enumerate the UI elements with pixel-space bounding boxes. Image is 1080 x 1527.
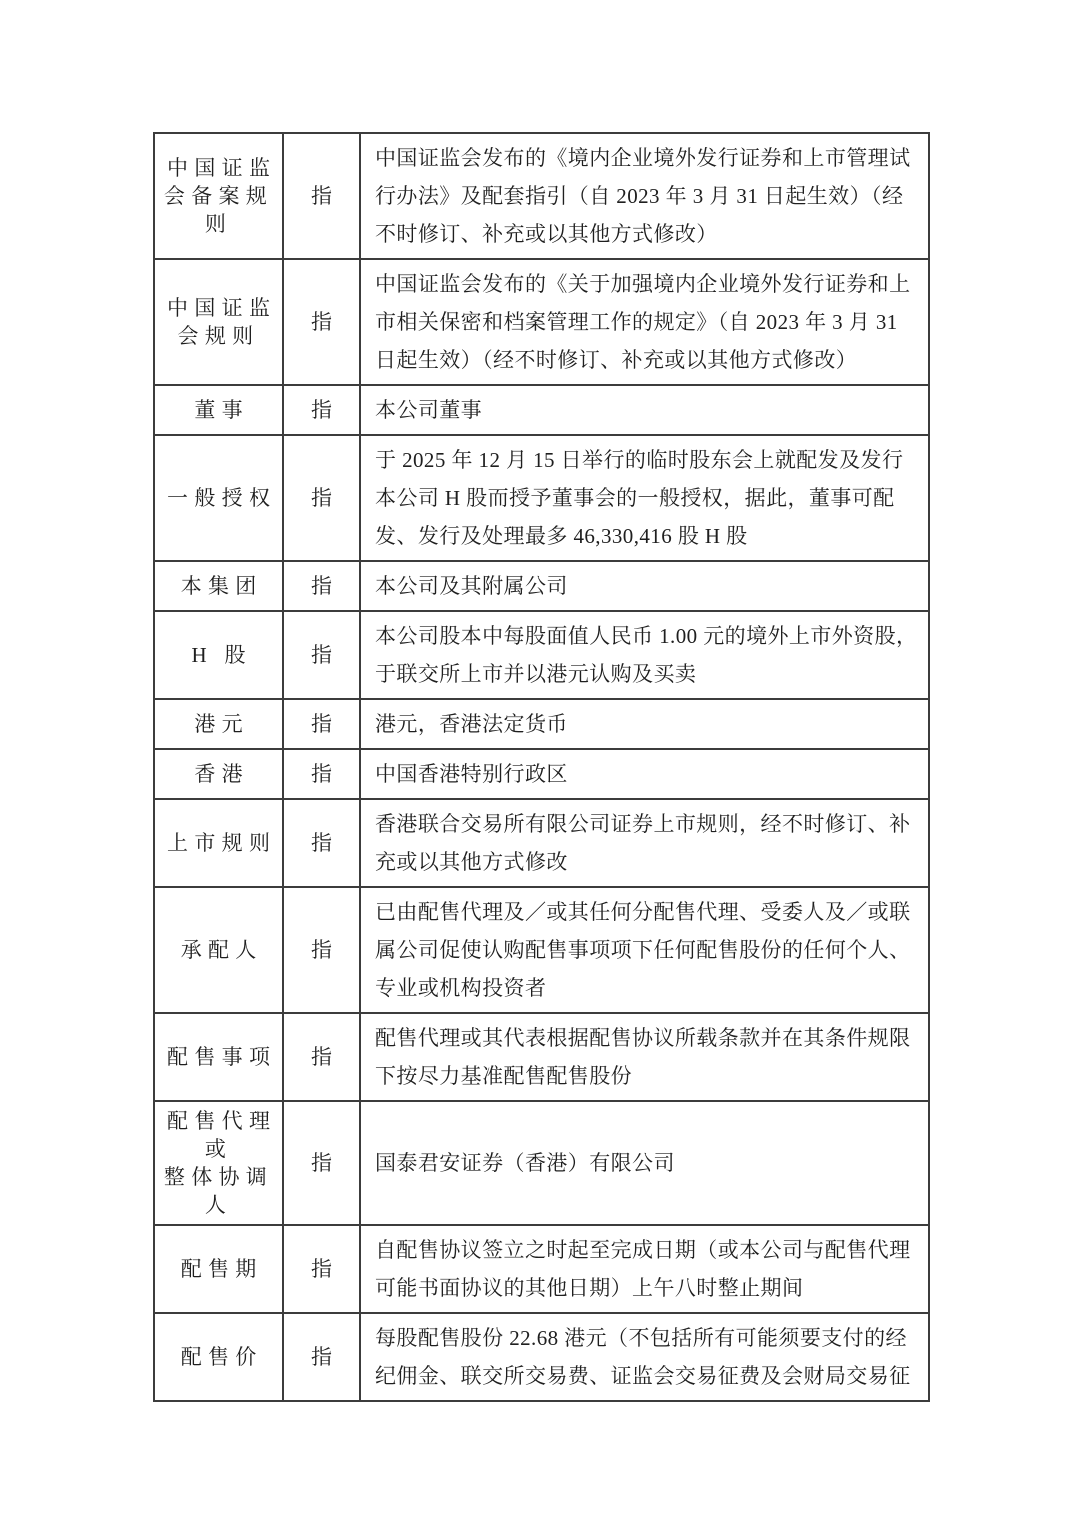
indicator-cell: 指	[284, 800, 361, 886]
indicator-label: 指	[311, 1043, 332, 1071]
table-row: 配售事项 指 配售代理或其代表根据配售协议所载条款并在其条件规限下按尽力基准配售…	[155, 1012, 928, 1100]
indicator-cell: 指	[284, 1314, 361, 1400]
term-label: 配售事项	[161, 1043, 277, 1071]
table-row: 配售代理 或 整体协调 人 指 国泰君安证券（香港）有限公司	[155, 1100, 928, 1224]
document-page: 中国证监 会备案规 则 指 中国证监会发布的《境内企业境外发行证券和上市管理试行…	[0, 0, 1080, 1527]
table-row: 中国证监 会规则 指 中国证监会发布的《关于加强境内企业境外发行证券和上市相关保…	[155, 258, 928, 384]
indicator-label: 指	[311, 396, 332, 424]
table-row: 配售期 指 自配售协议签立之时起至完成日期（或本公司与配售代理可能书面协议的其他…	[155, 1224, 928, 1312]
indicator-label: 指	[311, 182, 332, 210]
definition-cell: 本公司董事	[361, 386, 928, 434]
term-label: 中国证监 会规则	[161, 294, 277, 350]
indicator-label: 指	[311, 710, 332, 738]
indicator-label: 指	[311, 1343, 332, 1371]
definition-text: 于 2025 年 12 月 15 日举行的临时股东会上就配发及发行本公司 H 股…	[375, 441, 918, 555]
definition-cell: 自配售协议签立之时起至完成日期（或本公司与配售代理可能书面协议的其他日期）上午八…	[361, 1226, 928, 1312]
indicator-cell: 指	[284, 562, 361, 610]
term-label: H 股	[185, 641, 252, 669]
indicator-label: 指	[311, 1149, 332, 1177]
term-label: 上市规则	[161, 829, 277, 857]
definition-cell: 每股配售股份 22.68 港元（不包括所有可能须要支付的经纪佣金、联交所交易费、…	[361, 1314, 928, 1400]
table-row: 董事 指 本公司董事	[155, 384, 928, 434]
term-label: 港元	[188, 710, 249, 738]
term-cell: 配售价	[155, 1314, 284, 1400]
indicator-cell: 指	[284, 436, 361, 560]
table-row: 中国证监 会备案规 则 指 中国证监会发布的《境内企业境外发行证券和上市管理试行…	[155, 134, 928, 258]
definition-text: 港元，香港法定货币	[375, 705, 568, 743]
term-cell: 一般授权	[155, 436, 284, 560]
term-cell: 香港	[155, 750, 284, 798]
indicator-cell: 指	[284, 1226, 361, 1312]
term-cell: 中国证监 会规则	[155, 260, 284, 384]
indicator-label: 指	[311, 572, 332, 600]
table-row: H 股 指 本公司股本中每股面值人民币 1.00 元的境外上市外资股，于联交所上…	[155, 610, 928, 698]
indicator-label: 指	[311, 641, 332, 669]
term-label: 中国证监 会备案规 则	[161, 154, 277, 238]
indicator-cell: 指	[284, 612, 361, 698]
definition-text: 中国香港特别行政区	[375, 755, 568, 793]
term-cell: 配售期	[155, 1226, 284, 1312]
definition-cell: 配售代理或其代表根据配售协议所载条款并在其条件规限下按尽力基准配售配售股份	[361, 1014, 928, 1100]
indicator-label: 指	[311, 484, 332, 512]
term-cell: 港元	[155, 700, 284, 748]
term-label: 配售价	[174, 1343, 262, 1371]
table-row: 上市规则 指 香港联合交易所有限公司证券上市规则，经不时修订、补充或以其他方式修…	[155, 798, 928, 886]
term-label: 配售期	[174, 1255, 262, 1283]
indicator-label: 指	[311, 829, 332, 857]
definition-text: 香港联合交易所有限公司证券上市规则，经不时修订、补充或以其他方式修改	[375, 805, 918, 881]
indicator-cell: 指	[284, 1102, 361, 1224]
term-cell: 上市规则	[155, 800, 284, 886]
indicator-cell: 指	[284, 888, 361, 1012]
term-label: 承配人	[174, 936, 262, 964]
definition-cell: 中国证监会发布的《境内企业境外发行证券和上市管理试行办法》及配套指引（自 202…	[361, 134, 928, 258]
term-cell: H 股	[155, 612, 284, 698]
definition-cell: 中国香港特别行政区	[361, 750, 928, 798]
definition-cell: 国泰君安证券（香港）有限公司	[361, 1102, 928, 1224]
definition-text: 自配售协议签立之时起至完成日期（或本公司与配售代理可能书面协议的其他日期）上午八…	[375, 1231, 918, 1307]
definition-cell: 本公司及其附属公司	[361, 562, 928, 610]
definition-cell: 港元，香港法定货币	[361, 700, 928, 748]
table-row: 承配人 指 已由配售代理及／或其任何分配售代理、受委人及／或联属公司促使认购配售…	[155, 886, 928, 1012]
term-label: 配售代理 或 整体协调 人	[161, 1107, 277, 1219]
definition-cell: 本公司股本中每股面值人民币 1.00 元的境外上市外资股，于联交所上市并以港元认…	[361, 612, 928, 698]
indicator-label: 指	[311, 308, 332, 336]
indicator-cell: 指	[284, 1014, 361, 1100]
indicator-cell: 指	[284, 700, 361, 748]
table-row: 配售价 指 每股配售股份 22.68 港元（不包括所有可能须要支付的经纪佣金、联…	[155, 1312, 928, 1400]
definition-text: 每股配售股份 22.68 港元（不包括所有可能须要支付的经纪佣金、联交所交易费、…	[375, 1319, 918, 1395]
term-cell: 承配人	[155, 888, 284, 1012]
definitions-table: 中国证监 会备案规 则 指 中国证监会发布的《境内企业境外发行证券和上市管理试行…	[153, 132, 930, 1402]
term-label: 一般授权	[161, 484, 277, 512]
definition-text: 本公司董事	[375, 391, 482, 429]
term-cell: 本集团	[155, 562, 284, 610]
indicator-label: 指	[311, 936, 332, 964]
table-row: 香港 指 中国香港特别行政区	[155, 748, 928, 798]
definition-cell: 于 2025 年 12 月 15 日举行的临时股东会上就配发及发行本公司 H 股…	[361, 436, 928, 560]
term-label: 董事	[188, 396, 249, 424]
definition-cell: 中国证监会发布的《关于加强境内企业境外发行证券和上市相关保密和档案管理工作的规定…	[361, 260, 928, 384]
definition-text: 中国证监会发布的《关于加强境内企业境外发行证券和上市相关保密和档案管理工作的规定…	[375, 265, 918, 379]
term-cell: 配售事项	[155, 1014, 284, 1100]
definition-cell: 已由配售代理及／或其任何分配售代理、受委人及／或联属公司促使认购配售事项项下任何…	[361, 888, 928, 1012]
term-cell: 配售代理 或 整体协调 人	[155, 1102, 284, 1224]
table-row: 一般授权 指 于 2025 年 12 月 15 日举行的临时股东会上就配发及发行…	[155, 434, 928, 560]
table-row: 港元 指 港元，香港法定货币	[155, 698, 928, 748]
indicator-cell: 指	[284, 386, 361, 434]
definition-text: 配售代理或其代表根据配售协议所载条款并在其条件规限下按尽力基准配售配售股份	[375, 1019, 918, 1095]
definition-text: 本公司及其附属公司	[375, 567, 568, 605]
definition-text: 国泰君安证券（香港）有限公司	[375, 1144, 675, 1182]
term-label: 香港	[188, 760, 249, 788]
definition-cell: 香港联合交易所有限公司证券上市规则，经不时修订、补充或以其他方式修改	[361, 800, 928, 886]
term-label: 本集团	[174, 572, 262, 600]
term-cell: 董事	[155, 386, 284, 434]
indicator-cell: 指	[284, 260, 361, 384]
indicator-cell: 指	[284, 134, 361, 258]
definition-text: 本公司股本中每股面值人民币 1.00 元的境外上市外资股，于联交所上市并以港元认…	[375, 617, 918, 693]
definition-text: 中国证监会发布的《境内企业境外发行证券和上市管理试行办法》及配套指引（自 202…	[375, 139, 918, 253]
table-row: 本集团 指 本公司及其附属公司	[155, 560, 928, 610]
indicator-cell: 指	[284, 750, 361, 798]
term-cell: 中国证监 会备案规 则	[155, 134, 284, 258]
indicator-label: 指	[311, 760, 332, 788]
definition-text: 已由配售代理及／或其任何分配售代理、受委人及／或联属公司促使认购配售事项项下任何…	[375, 893, 918, 1007]
indicator-label: 指	[311, 1255, 332, 1283]
